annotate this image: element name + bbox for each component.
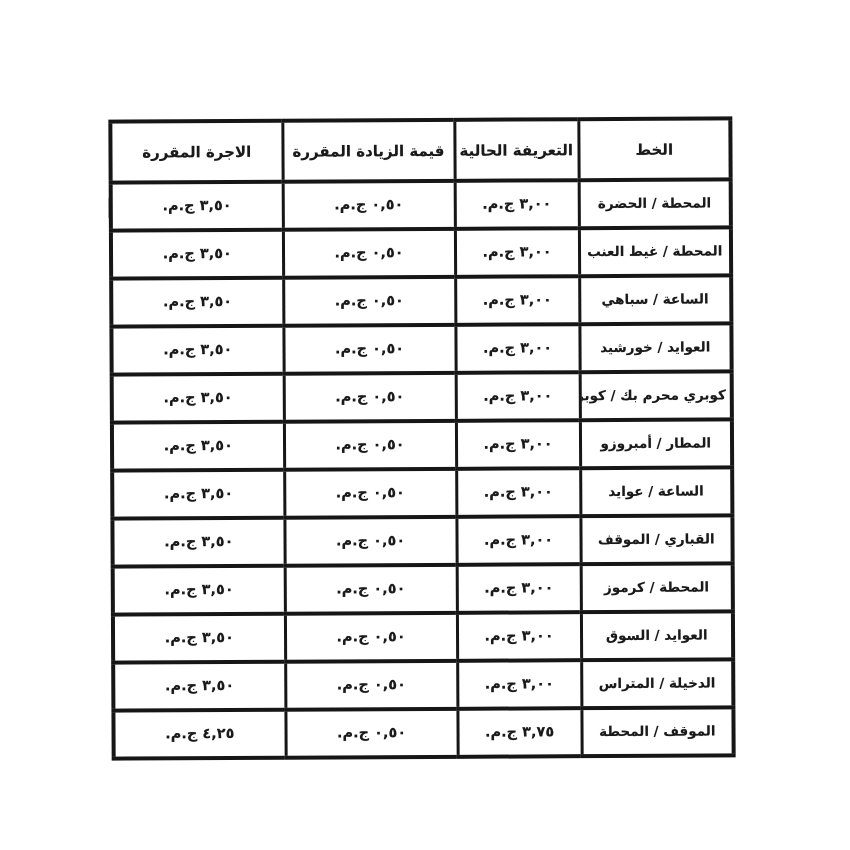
cell-fare: ٣,٥٠ ج.م. [111,278,283,327]
cell-line: كوبري محرم بك / كوبري الزهور [580,371,732,420]
cell-current: ٣,٠٠ ج.م. [456,372,580,421]
cell-fare: ٣,٥٠ ج.م. [112,422,284,471]
table-row: العوايد / السوق٣,٠٠ ج.م.٠,٥٠ ج.م.٣,٥٠ ج.… [113,611,733,662]
cell-fare: ٣,٥٠ ج.م. [113,566,285,615]
cell-line: القباري / الموقف [580,515,732,564]
cell-increase: ٠,٥٠ ج.م. [285,613,457,662]
column-header-current: التعريفة الحالية [454,119,578,181]
cell-current: ٣,٠٠ ج.م. [457,612,581,661]
cell-fare: ٣,٥٠ ج.م. [113,614,285,663]
cell-fare: ٣,٥٠ ج.م. [112,470,284,519]
column-header-increase: قيمة الزيادة المقررة [282,120,454,182]
table-row: المحطة / كرموز٣,٠٠ ج.م.٠,٥٠ ج.م.٣,٥٠ ج.م… [113,563,733,614]
cell-line: المحطة / كرموز [581,563,733,612]
cell-current: ٣,٠٠ ج.م. [457,660,581,709]
cell-line: الساعة / عوايد [580,467,732,516]
cell-increase: ٠,٥٠ ج.م. [284,469,456,518]
cell-increase: ٠,٥٠ ج.م. [285,709,457,758]
cell-current: ٣,٧٥ ج.م. [457,708,581,757]
cell-line: المطار / أمبروزو [580,419,732,468]
cell-fare: ٣,٥٠ ج.م. [112,374,284,423]
cell-fare: ٤,٢٥ ج.م. [113,710,285,759]
cell-fare: ٣,٥٠ ج.م. [112,518,284,567]
column-header-fare: الاجرة المقررة [110,121,282,183]
cell-line: العوايد / خورشيد [579,323,731,372]
table-row: المطار / أمبروزو٣,٠٠ ج.م.٠,٥٠ ج.م.٣,٥٠ ج… [112,419,732,470]
cell-line: الموقف / المحطة [581,707,733,756]
header-row: الخط التعريفة الحالية قيمة الزيادة المقر… [110,118,730,182]
table-row: الساعة / سباهي٣,٠٠ ج.م.٠,٥٠ ج.م.٣,٥٠ ج.م… [111,275,731,326]
cell-fare: ٣,٥٠ ج.م. [111,230,283,279]
table-row: الدخيلة / المتراس٣,٠٠ ج.م.٠,٥٠ ج.م.٣,٥٠ … [113,659,733,710]
cell-current: ٣,٠٠ ج.م. [456,420,580,469]
cell-increase: ٠,٥٠ ج.م. [283,325,455,374]
fare-table-body: المحطة / الحضرة٣,٠٠ ج.م.٠,٥٠ ج.م.٣,٥٠ ج.… [111,179,734,758]
cell-increase: ٠,٥٠ ج.م. [285,661,457,710]
table-row: المحطة / غيط العنب٣,٠٠ ج.م.٠,٥٠ ج.م.٣,٥٠… [111,227,731,278]
cell-current: ٣,٠٠ ج.م. [456,468,580,517]
cell-current: ٣,٠٠ ج.م. [455,324,579,373]
cell-increase: ٠,٥٠ ج.م. [283,229,455,278]
cell-current: ٣,٠٠ ج.م. [455,276,579,325]
table-row: كوبري محرم بك / كوبري الزهور٣,٠٠ ج.م.٠,٥… [112,371,732,422]
cell-line: المحطة / الحضرة [579,179,731,228]
cell-increase: ٠,٥٠ ج.م. [284,421,456,470]
cell-increase: ٠,٥٠ ج.م. [283,277,455,326]
cell-fare: ٣,٥٠ ج.م. [111,182,283,231]
cell-increase: ٠,٥٠ ج.م. [284,373,456,422]
table-row: الموقف / المحطة٣,٧٥ ج.م.٠,٥٠ ج.م.٤,٢٥ ج.… [113,707,733,758]
cell-current: ٣,٠٠ ج.م. [457,564,581,613]
cell-increase: ٠,٥٠ ج.م. [283,181,455,230]
scanned-document-page: الخط التعريفة الحالية قيمة الزيادة المقر… [0,0,850,850]
fare-table-container: الخط التعريفة الحالية قيمة الزيادة المقر… [112,116,735,760]
cell-fare: ٣,٥٠ ج.م. [113,662,285,711]
fare-table: الخط التعريفة الحالية قيمة الزيادة المقر… [108,116,735,760]
cell-line: الدخيلة / المتراس [581,659,733,708]
fare-table-header: الخط التعريفة الحالية قيمة الزيادة المقر… [110,118,730,182]
cell-line: المحطة / غيط العنب [579,227,731,276]
cell-current: ٣,٠٠ ج.م. [456,516,580,565]
table-row: الساعة / عوايد٣,٠٠ ج.م.٠,٥٠ ج.م.٣,٥٠ ج.م… [112,467,732,518]
column-header-line: الخط [578,118,730,180]
cell-fare: ٣,٥٠ ج.م. [111,326,283,375]
table-row: المحطة / الحضرة٣,٠٠ ج.م.٠,٥٠ ج.م.٣,٥٠ ج.… [111,179,731,230]
cell-current: ٣,٠٠ ج.م. [455,228,579,277]
table-row: القباري / الموقف٣,٠٠ ج.م.٠,٥٠ ج.م.٣,٥٠ ج… [112,515,732,566]
cell-line: العوايد / السوق [581,611,733,660]
table-row: العوايد / خورشيد٣,٠٠ ج.م.٠,٥٠ ج.م.٣,٥٠ ج… [111,323,731,374]
cell-increase: ٠,٥٠ ج.م. [284,517,456,566]
cell-increase: ٠,٥٠ ج.م. [285,565,457,614]
cell-current: ٣,٠٠ ج.م. [455,180,579,229]
cell-line: الساعة / سباهي [579,275,731,324]
